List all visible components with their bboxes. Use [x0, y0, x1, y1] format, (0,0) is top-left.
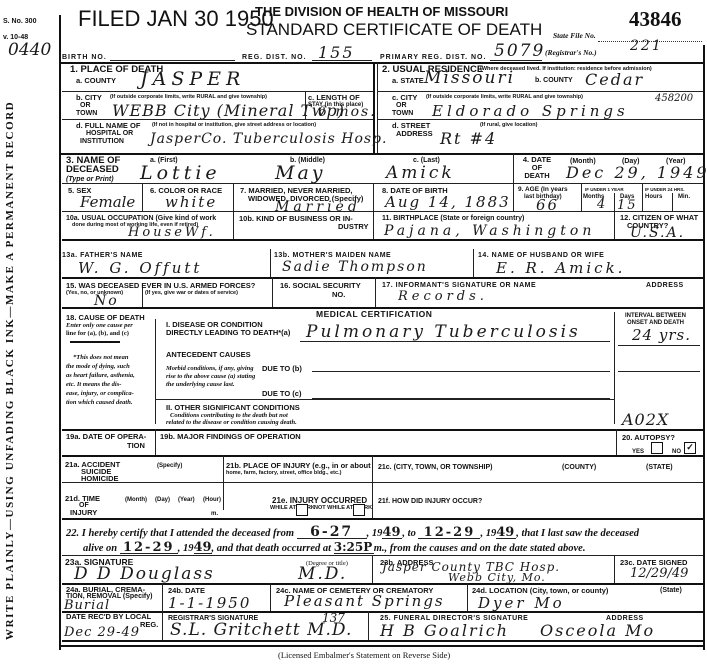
operation-findings-label: 19b. MAJOR FINDINGS OF OPERATION [160, 432, 301, 441]
interval-value[interactable]: 24 yrs. [632, 326, 691, 344]
certificate-title: STANDARD CERTIFICATE OF DEATH [246, 20, 542, 40]
marital-status-value[interactable]: Married [275, 199, 361, 215]
death-city-note: (If outside corporate limits, write RURA… [110, 94, 267, 100]
operation-date-label: 19a. DATE OF OPERA- [66, 432, 146, 441]
birthplace-value[interactable]: Pajana, Washington [384, 223, 595, 239]
attended-to-date[interactable]: 12-29 [418, 527, 480, 539]
disease-condition-value[interactable]: Pulmonary Tuberculosis [306, 322, 581, 342]
registrar-number: 137 [322, 611, 345, 625]
mother-name-value[interactable]: Sadie Thompson [282, 259, 428, 275]
last-name-value[interactable]: Amick [386, 163, 455, 183]
date-received-value: Dec 29-49 [64, 625, 140, 640]
burial-label: 24a. BURIAL, CREMA- [66, 586, 145, 593]
medical-certification-heading: MEDICAL CERTIFICATION [316, 310, 432, 319]
ssn-label: 16. SOCIAL SECURITY [280, 281, 361, 290]
residence-city-value[interactable]: Eldorado Springs [432, 102, 629, 120]
father-name-value[interactable]: W. G. Offutt [78, 259, 202, 277]
funeral-director-signature: H B Goalrich [380, 621, 509, 640]
injury-place-label: 21b. PLACE OF INJURY (e.g., in or about [226, 461, 371, 470]
not-while-at-work-checkbox[interactable] [353, 504, 365, 516]
certificate-number: 43846 [629, 7, 682, 32]
primary-reg-label: PRIMARY REG. DIST. NO. [380, 53, 486, 62]
how-injury-label: 21f. HOW DID INJURY OCCUR? [378, 497, 482, 506]
registrar-no-label: (Registrar's No.) [545, 49, 597, 57]
length-of-stay-value[interactable]: 6 mos. [318, 104, 377, 120]
due-to-b-field[interactable] [312, 371, 610, 372]
while-at-work-checkbox[interactable] [296, 504, 308, 516]
occupation-value[interactable]: HouseWf. [128, 225, 216, 240]
side-instruction: WRITE PLAINLY—USING UNFADING BLACK INK—M… [4, 80, 16, 640]
hospital-value[interactable]: JasperCo. Tuberculosis Hosp. [150, 131, 387, 147]
date-of-death-value[interactable]: Dec 29, 1949 [566, 163, 707, 182]
autopsy-no-checkbox[interactable]: ✓ [684, 442, 696, 454]
attended-from-year[interactable]: 49 [382, 527, 402, 539]
margin-number: 0440 [8, 40, 51, 60]
state-file-value: 221 [630, 38, 663, 54]
death-county-label: a. COUNTY [76, 76, 116, 85]
date-of-birth-value[interactable]: Aug 14, 1883 [385, 193, 511, 211]
death-county-value[interactable]: JASPER [140, 68, 245, 90]
right-border [703, 45, 705, 650]
alive-on-year[interactable]: 49 [194, 542, 212, 554]
first-name-value[interactable]: Lottie [140, 162, 221, 184]
informant-value[interactable]: Records. [398, 289, 488, 304]
birth-no-label: BIRTH NO. [62, 53, 107, 62]
due-to-c-label: DUE TO (c) [262, 389, 301, 398]
residence-county-value[interactable]: Cedar [585, 70, 644, 89]
bottom-border [59, 645, 705, 647]
age-months-value[interactable]: 4 [597, 197, 607, 212]
other-conditions-label: II. OTHER SIGNIFICANT CONDITIONS [166, 403, 300, 412]
certification-statement-2: alive on 12-29, 1949, and that death occ… [83, 542, 585, 554]
burial-date-value[interactable]: 1-1-1950 [168, 594, 251, 612]
time-of-death[interactable]: 3:25P [334, 542, 374, 554]
length-of-stay-label: c. LENGTH OF [308, 93, 360, 102]
age-label: 9. AGE (In years [518, 187, 568, 193]
certification-statement: 22. I hereby certify that I attended the… [66, 527, 639, 539]
residence-state-value[interactable]: Missouri [424, 68, 515, 88]
autopsy-label: 20. AUTOPSY? [622, 433, 675, 442]
form-number: S. No. 300 [3, 17, 36, 26]
injury-city-label: 21c. (CITY, TOWN, OR TOWNSHIP) [378, 463, 492, 472]
filed-stamp: FILED JAN 30 1950 [78, 6, 274, 32]
antecedent-causes-label: ANTECEDENT CAUSES [166, 350, 251, 359]
funeral-director-address: Osceola Mo [540, 621, 655, 640]
alive-on-date[interactable]: 12-29 [120, 542, 178, 554]
physician-signature[interactable]: D D Douglass [74, 564, 215, 584]
middle-name-value[interactable]: May [275, 162, 326, 184]
birthplace-label: 11. BIRTHPLACE (State or foreign country… [382, 214, 524, 223]
burial-location-value[interactable]: Dyer Mo [478, 594, 565, 612]
injury-time-label: 21d. TIME [65, 495, 100, 502]
left-border [59, 15, 61, 650]
sex-value[interactable]: Female [80, 193, 135, 211]
embalmer-note: (Licensed Embalmer's Statement on Revers… [278, 650, 450, 660]
agency-name: THE DIVISION OF HEALTH OF MISSOURI [255, 5, 508, 19]
interval-label: INTERVAL BETWEEN [625, 313, 686, 320]
date-received-label: DATE REC'D BY LOCAL [66, 613, 151, 621]
cemetery-value[interactable]: Pleasant Springs [284, 592, 445, 610]
race-value[interactable]: white [165, 193, 217, 211]
reg-dist-label: REG. DIST. NO. [242, 53, 307, 62]
date-signed-value: 12/29/49 [630, 566, 688, 581]
state-file-label: State File No. [553, 32, 596, 40]
residence-county-label: b. COUNTY [535, 76, 573, 85]
classification-code: A02X [622, 410, 669, 429]
reg-dist-value: 155 [318, 43, 355, 62]
due-to-b-label: DUE TO (b) [262, 364, 302, 373]
spouse-name-value[interactable]: E. R. Amick. [496, 259, 625, 277]
physician-degree: M.D. [298, 564, 347, 584]
primary-reg-value: 5079 [494, 41, 545, 61]
armed-forces-label: 15. WAS DECEASED EVER IN U.S. ARMED FORC… [66, 281, 255, 290]
residence-city-extra: 458200 [655, 93, 693, 104]
attended-from-date[interactable]: 6-27 [297, 527, 367, 539]
cause-of-death-label: 18. CAUSE OF DEATH [66, 313, 145, 322]
attended-to-year[interactable]: 49 [496, 527, 516, 539]
street-address-value[interactable]: Rt #4 [440, 129, 497, 148]
residence-state-label: a. STATE [392, 76, 424, 85]
autopsy-yes-checkbox[interactable] [651, 442, 663, 454]
business-label: 10b. KIND OF BUSINESS OR IN- [239, 214, 353, 223]
